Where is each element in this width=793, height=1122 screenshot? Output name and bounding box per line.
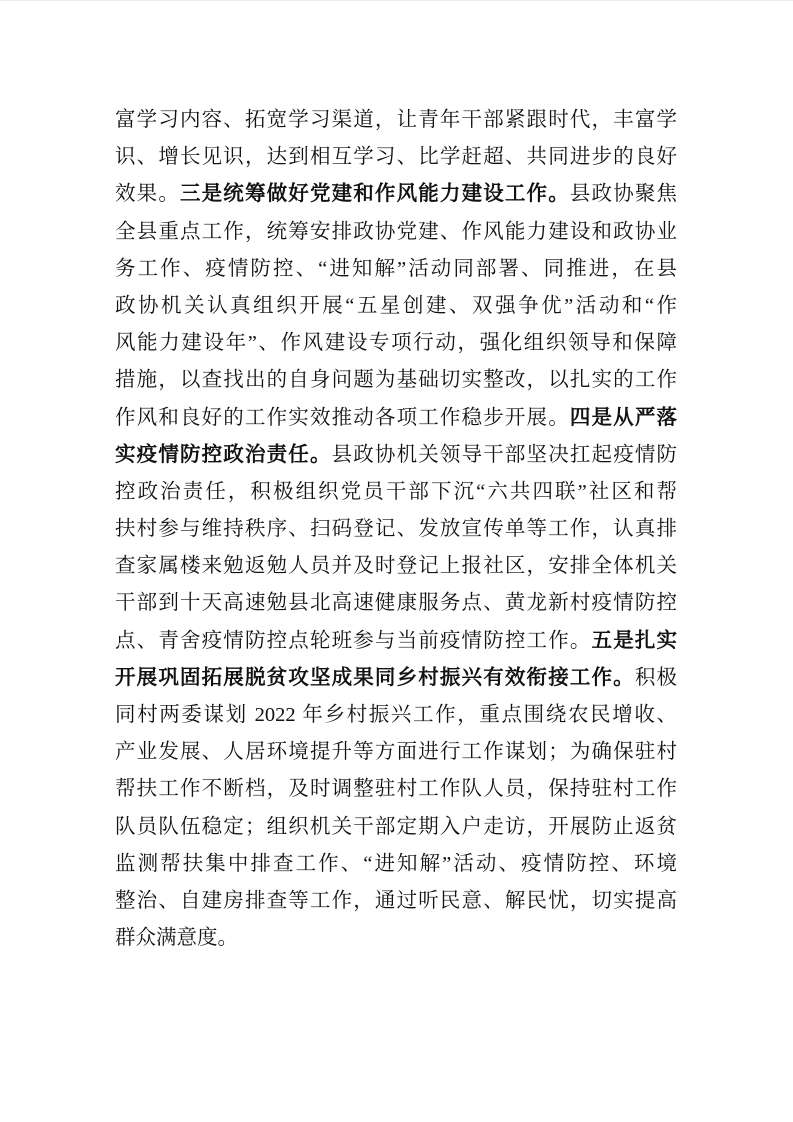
text-segment: 点、青舍疫情防控点轮班参与当前疫情防控工作。 [115, 630, 592, 652]
text-segment: 作风和良好的工作实效推动各项工作稳步开展。 [115, 407, 570, 429]
text-segment: 扶村参与维持秩序、扫码登记、发放宣传单等工作，认真排 [115, 518, 677, 540]
text-segment: 效果。 [115, 183, 180, 205]
text-segment: 控政治责任，积极组织党员干部下沉“六共四联”社区和帮 [115, 481, 677, 503]
text-line: 务工作、疫情防控、“进知解”活动同部署、同推进，在县 [115, 251, 677, 288]
text-segment: 县政协机关领导干部坚决扛起疫情防 [332, 444, 677, 466]
text-segment: 队员队伍稳定；组织机关干部定期入户走访，开展防止返贫 [115, 816, 677, 838]
text-line: 扶村参与维持秩序、扫码登记、发放宣传单等工作，认真排 [115, 511, 677, 548]
text-line: 监测帮扶集中排查工作、“进知解”活动、疫情防控、环境 [115, 846, 677, 883]
text-segment: 同村两委谋划 2022 年乡村振兴工作，重点围绕农民增收、 [115, 704, 677, 726]
text-line: 全县重点工作，统筹安排政协党建、作风能力建设和政协业 [115, 214, 677, 251]
text-line: 整治、自建房排查等工作，通过听民意、解民忧，切实提高 [115, 883, 677, 920]
document-text: 富学习内容、拓宽学习渠道，让青年干部紧跟时代，丰富学识、增长见识，达到相互学习、… [115, 102, 677, 957]
text-segment: 监测帮扶集中排查工作、“进知解”活动、疫情防控、环境 [115, 853, 677, 875]
text-line: 点、青舍疫情防控点轮班参与当前疫情防控工作。五是扎实 [115, 623, 677, 660]
text-segment: 干部到十天高速勉县北高速健康服务点、黄龙新村疫情防控 [115, 592, 677, 614]
text-line: 干部到十天高速勉县北高速健康服务点、黄龙新村疫情防控 [115, 585, 677, 622]
text-line: 产业发展、人居环境提升等方面进行工作谋划；为确保驻村 [115, 734, 677, 771]
bold-text-segment: 实疫情防控政治责任。 [115, 444, 332, 466]
text-segment: 风能力建设年”、作风建设专项行动，强化组织领导和保障 [115, 332, 677, 354]
text-segment: 整治、自建房排查等工作，通过听民意、解民忧，切实提高 [115, 890, 677, 912]
text-line: 风能力建设年”、作风建设专项行动，强化组织领导和保障 [115, 325, 677, 362]
text-segment: 产业发展、人居环境提升等方面进行工作谋划；为确保驻村 [115, 741, 677, 763]
text-line: 帮扶工作不断档，及时调整驻村工作队人员，保持驻村工作 [115, 771, 677, 808]
text-line: 政协机关认真组织开展“五星创建、双强争优”活动和“作 [115, 288, 677, 325]
bold-text-segment: 开展巩固拓展脱贫攻坚成果同乡村振兴有效衔接工作。 [115, 667, 635, 689]
text-line: 查家属楼来勉返勉人员并及时登记上报社区，安排全体机关 [115, 548, 677, 585]
text-line: 作风和良好的工作实效推动各项工作稳步开展。四是从严落 [115, 400, 677, 437]
text-line: 实疫情防控政治责任。县政协机关领导干部坚决扛起疫情防 [115, 437, 677, 474]
text-line: 效果。三是统筹做好党建和作风能力建设工作。县政协聚焦 [115, 176, 677, 213]
text-segment: 帮扶工作不断档，及时调整驻村工作队人员，保持驻村工作 [115, 778, 677, 800]
text-segment: 全县重点工作，统筹安排政协党建、作风能力建设和政协业 [115, 221, 677, 243]
text-line: 群众满意度。 [115, 920, 677, 957]
bold-text-segment: 五是扎实 [592, 630, 677, 652]
text-segment: 查家属楼来勉返勉人员并及时登记上报社区，安排全体机关 [115, 555, 677, 577]
text-segment: 识、增长见识，达到相互学习、比学赶超、共同进步的良好 [115, 146, 677, 168]
text-line: 识、增长见识，达到相互学习、比学赶超、共同进步的良好 [115, 139, 677, 176]
document-page: 富学习内容、拓宽学习渠道，让青年干部紧跟时代，丰富学识、增长见识，达到相互学习、… [0, 1, 793, 1122]
bold-text-segment: 三是统筹做好党建和作风能力建设工作。 [180, 183, 570, 205]
text-line: 同村两委谋划 2022 年乡村振兴工作，重点围绕农民增收、 [115, 697, 677, 734]
text-segment: 群众满意度。 [115, 927, 238, 949]
text-line: 控政治责任，积极组织党员干部下沉“六共四联”社区和帮 [115, 474, 677, 511]
text-line: 队员队伍稳定；组织机关干部定期入户走访，开展防止返贫 [115, 809, 677, 846]
text-segment: 积极 [635, 667, 677, 689]
text-line: 开展巩固拓展脱贫攻坚成果同乡村振兴有效衔接工作。积极 [115, 660, 677, 697]
text-segment: 政协机关认真组织开展“五星创建、双强争优”活动和“作 [115, 295, 677, 317]
text-segment: 县政协聚焦 [570, 183, 677, 205]
text-segment: 务工作、疫情防控、“进知解”活动同部署、同推进，在县 [115, 258, 677, 280]
text-line: 措施，以查找出的自身问题为基础切实整改，以扎实的工作 [115, 362, 677, 399]
text-segment: 措施，以查找出的自身问题为基础切实整改，以扎实的工作 [115, 369, 677, 391]
text-segment: 富学习内容、拓宽学习渠道，让青年干部紧跟时代，丰富学 [115, 109, 677, 131]
bold-text-segment: 四是从严落 [570, 407, 677, 429]
text-line: 富学习内容、拓宽学习渠道，让青年干部紧跟时代，丰富学 [115, 102, 677, 139]
